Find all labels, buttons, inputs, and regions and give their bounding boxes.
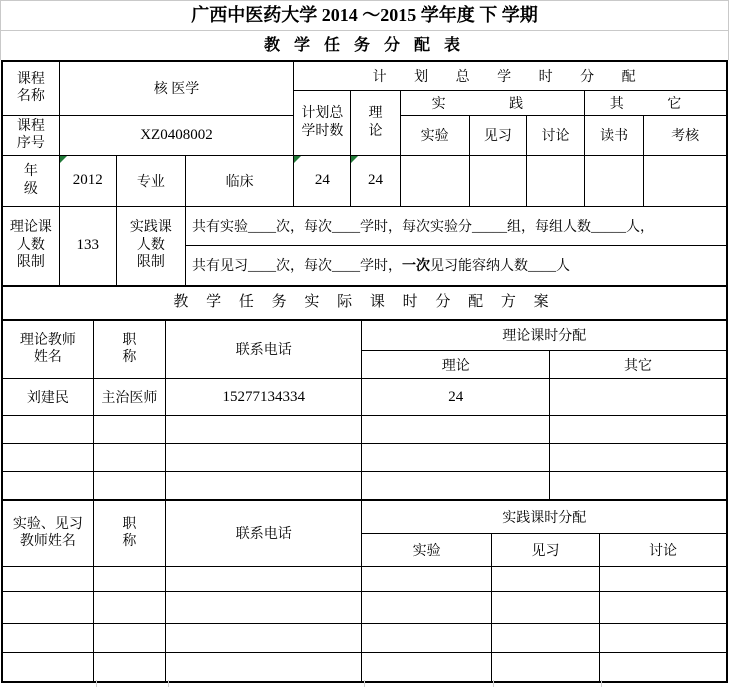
table-row bbox=[2, 624, 727, 653]
practice-teachers-table: 实验、见习 教师姓名 职 称 联系电话 实践课时分配 实验 见习 讨论 bbox=[1, 501, 728, 683]
major-label: 专业 bbox=[116, 155, 185, 206]
teacher-theory-hours-cell[interactable]: 24 bbox=[362, 379, 550, 416]
limit-note-line1: 共有实验____次，每次____学时，每次实验分_____组，每组人数_____… bbox=[186, 207, 726, 246]
practice-alloc-header: 实践课时分配 bbox=[362, 501, 727, 534]
empty-cell[interactable] bbox=[549, 416, 727, 444]
gridline-stub bbox=[168, 680, 169, 687]
empty-cell[interactable] bbox=[2, 416, 93, 444]
empty-cell[interactable] bbox=[165, 472, 362, 500]
experiment-hours-cell[interactable] bbox=[400, 155, 469, 206]
internship-hours-cell[interactable] bbox=[469, 155, 526, 206]
gridline-stub bbox=[601, 680, 602, 687]
spreadsheet-form: 广西中医药大学 2014 ～2015 学年度 下 学期 教 学 任 务 分 配 … bbox=[0, 0, 729, 687]
practice-header: 实 践 bbox=[400, 90, 585, 115]
empty-cell[interactable] bbox=[93, 653, 165, 682]
empty-cell[interactable] bbox=[491, 592, 599, 624]
other-col-header: 其它 bbox=[549, 351, 727, 379]
empty-cell[interactable] bbox=[2, 472, 93, 500]
table-row: 理论课 人数 限制 133 实践课 人数 限制 共有实验____次，每次____… bbox=[2, 206, 727, 286]
empty-cell[interactable] bbox=[93, 624, 165, 653]
section-title: 教 学 任 务 实 际 课 时 分 配 方 案 bbox=[1, 287, 728, 321]
empty-cell[interactable] bbox=[600, 592, 727, 624]
plan-total-cell[interactable]: 24 bbox=[294, 155, 351, 206]
job-title-header: 职 称 bbox=[93, 501, 165, 567]
course-no-cell[interactable]: XZ0408002 bbox=[59, 115, 294, 155]
table-row bbox=[2, 653, 727, 682]
table-row bbox=[2, 444, 727, 472]
theory-alloc-header: 理论课时分配 bbox=[362, 321, 727, 351]
empty-cell[interactable] bbox=[165, 567, 362, 592]
cell-note-marker bbox=[60, 156, 67, 163]
gridline-stub bbox=[493, 680, 494, 687]
limit-notes-cell[interactable]: 共有实验____次，每次____学时，每次实验分_____组，每组人数_____… bbox=[186, 206, 728, 286]
internship-col-header: 见习 bbox=[491, 534, 599, 567]
teacher-name-cell[interactable]: 刘建民 bbox=[2, 379, 93, 416]
discussion-col-header: 讨论 bbox=[600, 534, 727, 567]
other-header: 其 它 bbox=[585, 90, 727, 115]
phone-header: 联系电话 bbox=[165, 321, 362, 379]
theory-hours-cell[interactable]: 24 bbox=[351, 155, 400, 206]
table-row bbox=[2, 567, 727, 592]
internship-header: 见习 bbox=[469, 115, 526, 155]
job-title-header: 职 称 bbox=[93, 321, 165, 379]
phone-header: 联系电话 bbox=[165, 501, 362, 567]
empty-cell[interactable] bbox=[93, 592, 165, 624]
experiment-header: 实验 bbox=[400, 115, 469, 155]
empty-cell[interactable] bbox=[362, 416, 550, 444]
empty-cell[interactable] bbox=[600, 653, 727, 682]
practice-teacher-name-header: 实验、见习 教师姓名 bbox=[2, 501, 93, 567]
grade-cell[interactable]: 2012 bbox=[59, 155, 116, 206]
empty-cell[interactable] bbox=[362, 567, 491, 592]
theory-label: 理 论 bbox=[351, 90, 400, 155]
course-name-cell[interactable]: 核 医学 bbox=[59, 61, 294, 115]
empty-cell[interactable] bbox=[165, 653, 362, 682]
table-row: 实验、见习 教师姓名 职 称 联系电话 实践课时分配 bbox=[2, 501, 727, 534]
gridline-stub bbox=[96, 680, 97, 687]
experiment-col-header: 实验 bbox=[362, 534, 491, 567]
practice-limit-label: 实践课 人数 限制 bbox=[116, 206, 185, 286]
assessment-hours-cell[interactable] bbox=[644, 155, 727, 206]
table-row: 理论教师 姓名 职 称 联系电话 理论课时分配 bbox=[2, 321, 727, 351]
empty-cell[interactable] bbox=[362, 624, 491, 653]
empty-cell[interactable] bbox=[362, 592, 491, 624]
empty-cell[interactable] bbox=[362, 653, 491, 682]
empty-cell[interactable] bbox=[549, 472, 727, 500]
reading-hours-cell[interactable] bbox=[585, 155, 644, 206]
assessment-header: 考核 bbox=[644, 115, 727, 155]
major-cell[interactable]: 临床 bbox=[186, 155, 294, 206]
teacher-other-hours-cell[interactable] bbox=[549, 379, 727, 416]
plan-total-label: 计划总 学时数 bbox=[294, 90, 351, 155]
empty-cell[interactable] bbox=[491, 624, 599, 653]
table-row: 年 级 2012 专业 临床 24 24 bbox=[2, 155, 727, 206]
table-row bbox=[2, 416, 727, 444]
empty-cell[interactable] bbox=[2, 592, 93, 624]
reading-header: 读书 bbox=[585, 115, 644, 155]
empty-cell[interactable] bbox=[362, 472, 550, 500]
empty-cell[interactable] bbox=[491, 653, 599, 682]
empty-cell[interactable] bbox=[93, 444, 165, 472]
empty-cell[interactable] bbox=[2, 567, 93, 592]
empty-cell[interactable] bbox=[165, 416, 362, 444]
form-subtitle: 教 学 任 务 分 配 表 bbox=[0, 31, 729, 60]
theory-teachers-table: 理论教师 姓名 职 称 联系电话 理论课时分配 理论 其它 刘建民 主治医师 1… bbox=[1, 321, 728, 501]
empty-cell[interactable] bbox=[2, 444, 93, 472]
cell-note-marker bbox=[351, 156, 358, 163]
cell-note-marker bbox=[294, 156, 301, 163]
empty-cell[interactable] bbox=[362, 444, 550, 472]
gridline-stub bbox=[364, 680, 365, 687]
course-info-table: 课程 名称 核 医学 计 划 总 学 时 分 配 计划总 学时数 理 论 实 践… bbox=[1, 60, 728, 287]
empty-cell[interactable] bbox=[491, 567, 599, 592]
theory-col-header: 理论 bbox=[362, 351, 550, 379]
theory-limit-cell[interactable]: 133 bbox=[59, 206, 116, 286]
empty-cell[interactable] bbox=[165, 444, 362, 472]
theory-teacher-name-header: 理论教师 姓名 bbox=[2, 321, 93, 379]
empty-cell[interactable] bbox=[165, 592, 362, 624]
course-name-label: 课程 名称 bbox=[2, 61, 59, 115]
theory-limit-label: 理论课 人数 限制 bbox=[2, 206, 59, 286]
grade-label: 年 级 bbox=[2, 155, 59, 206]
table-row: 刘建民 主治医师 15277134334 24 bbox=[2, 379, 727, 416]
empty-cell[interactable] bbox=[2, 624, 93, 653]
empty-cell[interactable] bbox=[165, 624, 362, 653]
empty-cell[interactable] bbox=[2, 653, 93, 682]
empty-cell[interactable] bbox=[600, 567, 727, 592]
limit-note-line2: 共有见习____次，每次____学时，一次见习能容纳人数____人 bbox=[186, 246, 726, 285]
plan-hours-header: 计 划 总 学 时 分 配 bbox=[294, 61, 727, 90]
teacher-title-cell[interactable]: 主治医师 bbox=[93, 379, 165, 416]
table-row bbox=[2, 472, 727, 500]
empty-cell[interactable] bbox=[93, 416, 165, 444]
teacher-phone-cell[interactable]: 15277134334 bbox=[165, 379, 362, 416]
empty-cell[interactable] bbox=[93, 567, 165, 592]
table-row: 课程 名称 核 医学 计 划 总 学 时 分 配 bbox=[2, 61, 727, 90]
discussion-header: 讨论 bbox=[526, 115, 584, 155]
discussion-hours-cell[interactable] bbox=[526, 155, 584, 206]
page-title: 广西中医药大学 2014 ～2015 学年度 下 学期 bbox=[0, 0, 729, 31]
empty-cell[interactable] bbox=[549, 444, 727, 472]
course-no-label: 课程 序号 bbox=[2, 115, 59, 155]
empty-cell[interactable] bbox=[93, 472, 165, 500]
table-row bbox=[2, 592, 727, 624]
empty-cell[interactable] bbox=[600, 624, 727, 653]
